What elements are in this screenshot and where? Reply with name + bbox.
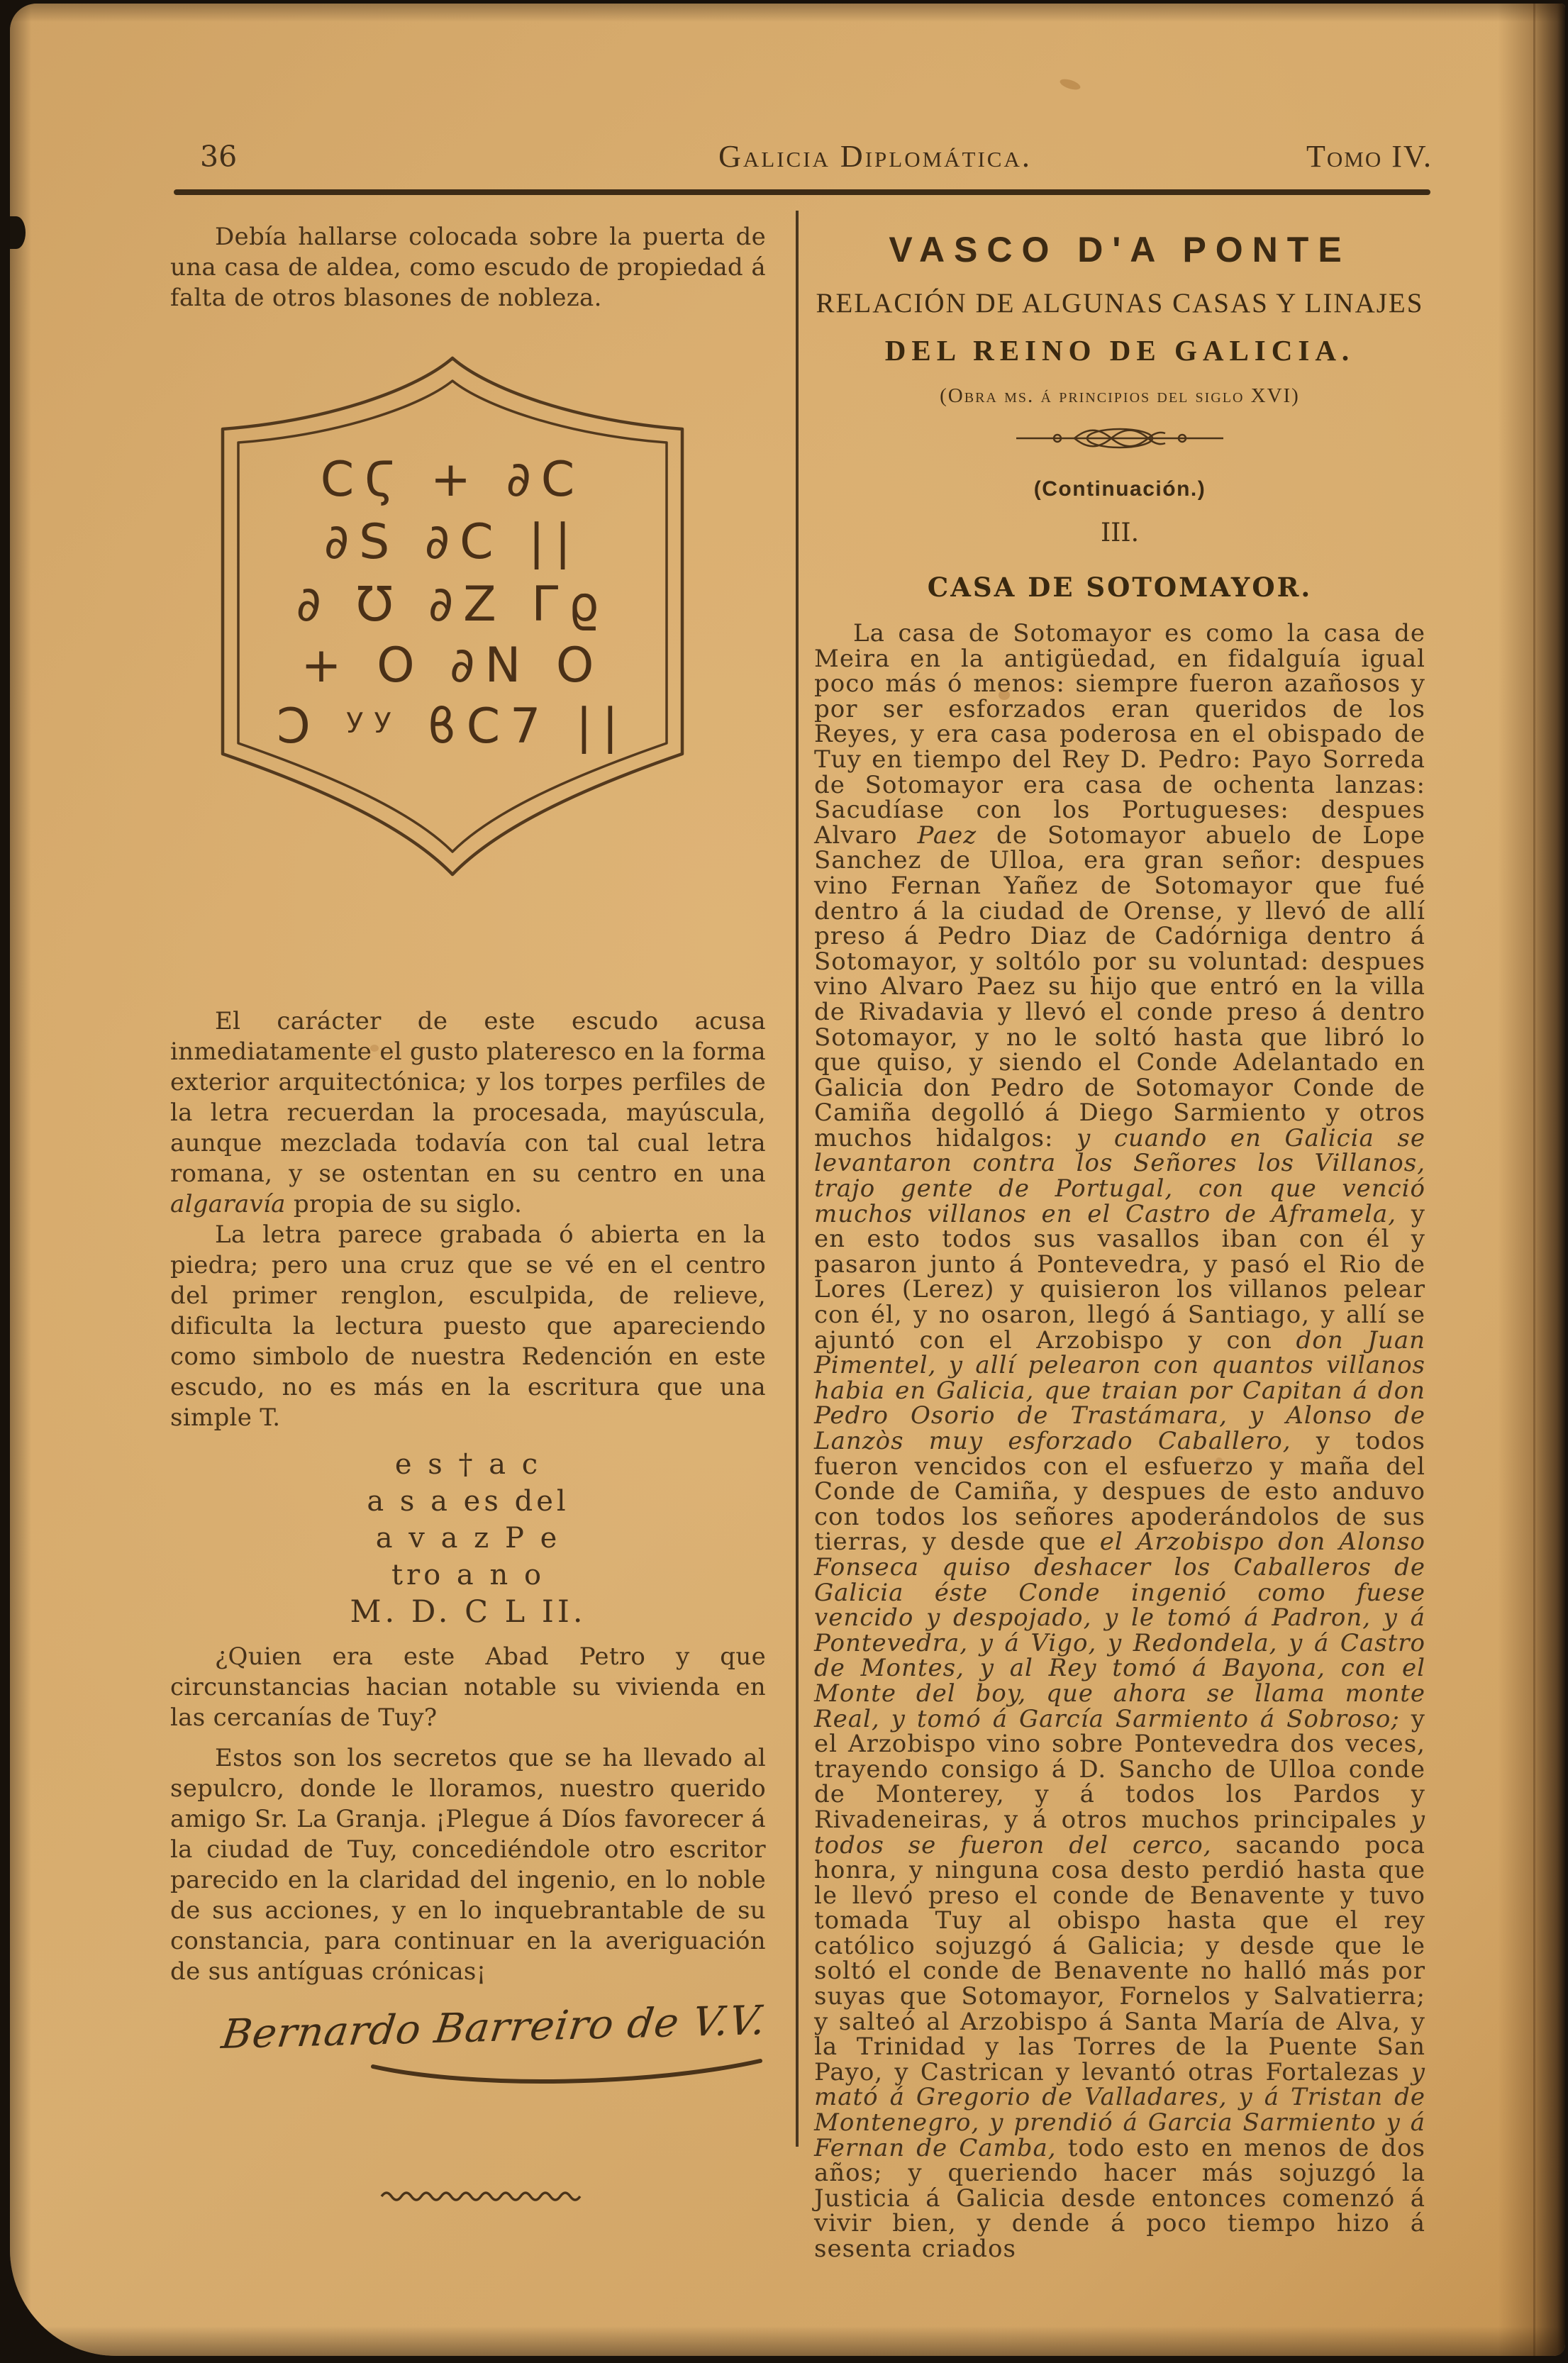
page-sheet: 36 Galicia Diplomática. Tomo IV. Debía h… bbox=[10, 4, 1565, 2356]
gutter-shadow bbox=[1498, 4, 1565, 2356]
left-edge-shadow bbox=[10, 4, 31, 2356]
paper-stain bbox=[1216, 1457, 1223, 1464]
section-number: III. bbox=[814, 518, 1425, 547]
column-divider bbox=[796, 211, 799, 2147]
paper-stain bbox=[1059, 77, 1082, 92]
inscription-line-date: M. D. C L II. bbox=[170, 1594, 766, 1630]
article-title-line1: RELACIÓN DE ALGUNAS CASAS Y LINAJES bbox=[814, 287, 1425, 319]
inscription-line: a v a z P e bbox=[170, 1520, 766, 1557]
escudo-glyph-row: CϚ + ∂C bbox=[321, 452, 584, 508]
intro-paragraph: Debía hallarse colocada sobre la puerta … bbox=[170, 222, 766, 313]
inscription-line: a s a es del bbox=[170, 1483, 766, 1520]
inscription-line: e s † a c bbox=[170, 1446, 766, 1483]
left-edge-mark bbox=[10, 216, 26, 249]
inscription-transcription: e s † a c a s a es del a v a z P e tro a… bbox=[170, 1446, 766, 1630]
divider-ornament bbox=[1013, 426, 1226, 450]
squiggle-ornament bbox=[380, 2187, 586, 2203]
quien-paragraph: ¿Quien era este Abad Petro y que circuns… bbox=[170, 1642, 766, 1733]
top-edge-shadow bbox=[10, 4, 1565, 22]
header-rule bbox=[174, 189, 1430, 195]
article-note: (Obra ms. á principios del siglo XVI) bbox=[814, 384, 1425, 408]
page-crease bbox=[1533, 4, 1535, 2356]
inscription-line: tro a n o bbox=[170, 1557, 766, 1594]
escudo-glyph-row: ∂S ∂Ϲ || bbox=[324, 514, 581, 570]
letra-paragraph: La letra parece grabada ó abierta en la … bbox=[170, 1220, 766, 1433]
scanned-page-photo: { "colors": { "paper": "#d6aa6c", "ink":… bbox=[0, 0, 1568, 2363]
paper-stain bbox=[999, 690, 1010, 700]
page-number: 36 bbox=[200, 140, 237, 174]
squiggle-ornament-wrap bbox=[170, 2180, 766, 2211]
volume-label: Tomo IV. bbox=[1306, 138, 1433, 174]
journal-title: Galicia Diplomática. bbox=[655, 138, 1095, 174]
caracter-paragraph: El carácter de este escudo acusa inmedia… bbox=[170, 1006, 766, 1220]
secretos-paragraph: Estos son los secretos que se ha llevado… bbox=[170, 1743, 766, 1987]
paper-stain bbox=[370, 1045, 379, 1052]
bottom-edge-shadow bbox=[10, 2326, 1565, 2356]
escudo-figure: CϚ + ∂C ∂S ∂Ϲ || ∂ Ʊ ∂Z Γϱ + O ∂N O Ɔ ʸʸ… bbox=[213, 350, 692, 890]
section-title: CASA DE SOTOMAYOR. bbox=[814, 572, 1425, 603]
article-author-title: VASCO D'A PONTE bbox=[814, 229, 1425, 270]
left-column: El carácter de este escudo acusa inmedia… bbox=[170, 1006, 766, 2211]
escudo-glyph-row: Ɔ ʸʸ ϐC7 || bbox=[277, 699, 628, 755]
signature-block: Bernardo Barreiro de V.V. bbox=[170, 2006, 766, 2112]
article-title-line2: DEL REINO DE GALICIA. bbox=[814, 333, 1425, 367]
continuation-note: (Continuación.) bbox=[814, 477, 1425, 501]
article-body: La casa de Sotomayor es como la casa de … bbox=[814, 621, 1425, 2262]
author-signature: Bernardo Barreiro de V.V. bbox=[221, 2006, 768, 2050]
signature-flourish bbox=[369, 2057, 766, 2092]
escudo-glyph-row: + O ∂N O bbox=[301, 638, 604, 694]
right-column: VASCO D'A PONTE RELACIÓN DE ALGUNAS CASA… bbox=[814, 229, 1425, 2286]
escudo-glyph-row: ∂ Ʊ ∂Z Γϱ bbox=[296, 577, 609, 633]
